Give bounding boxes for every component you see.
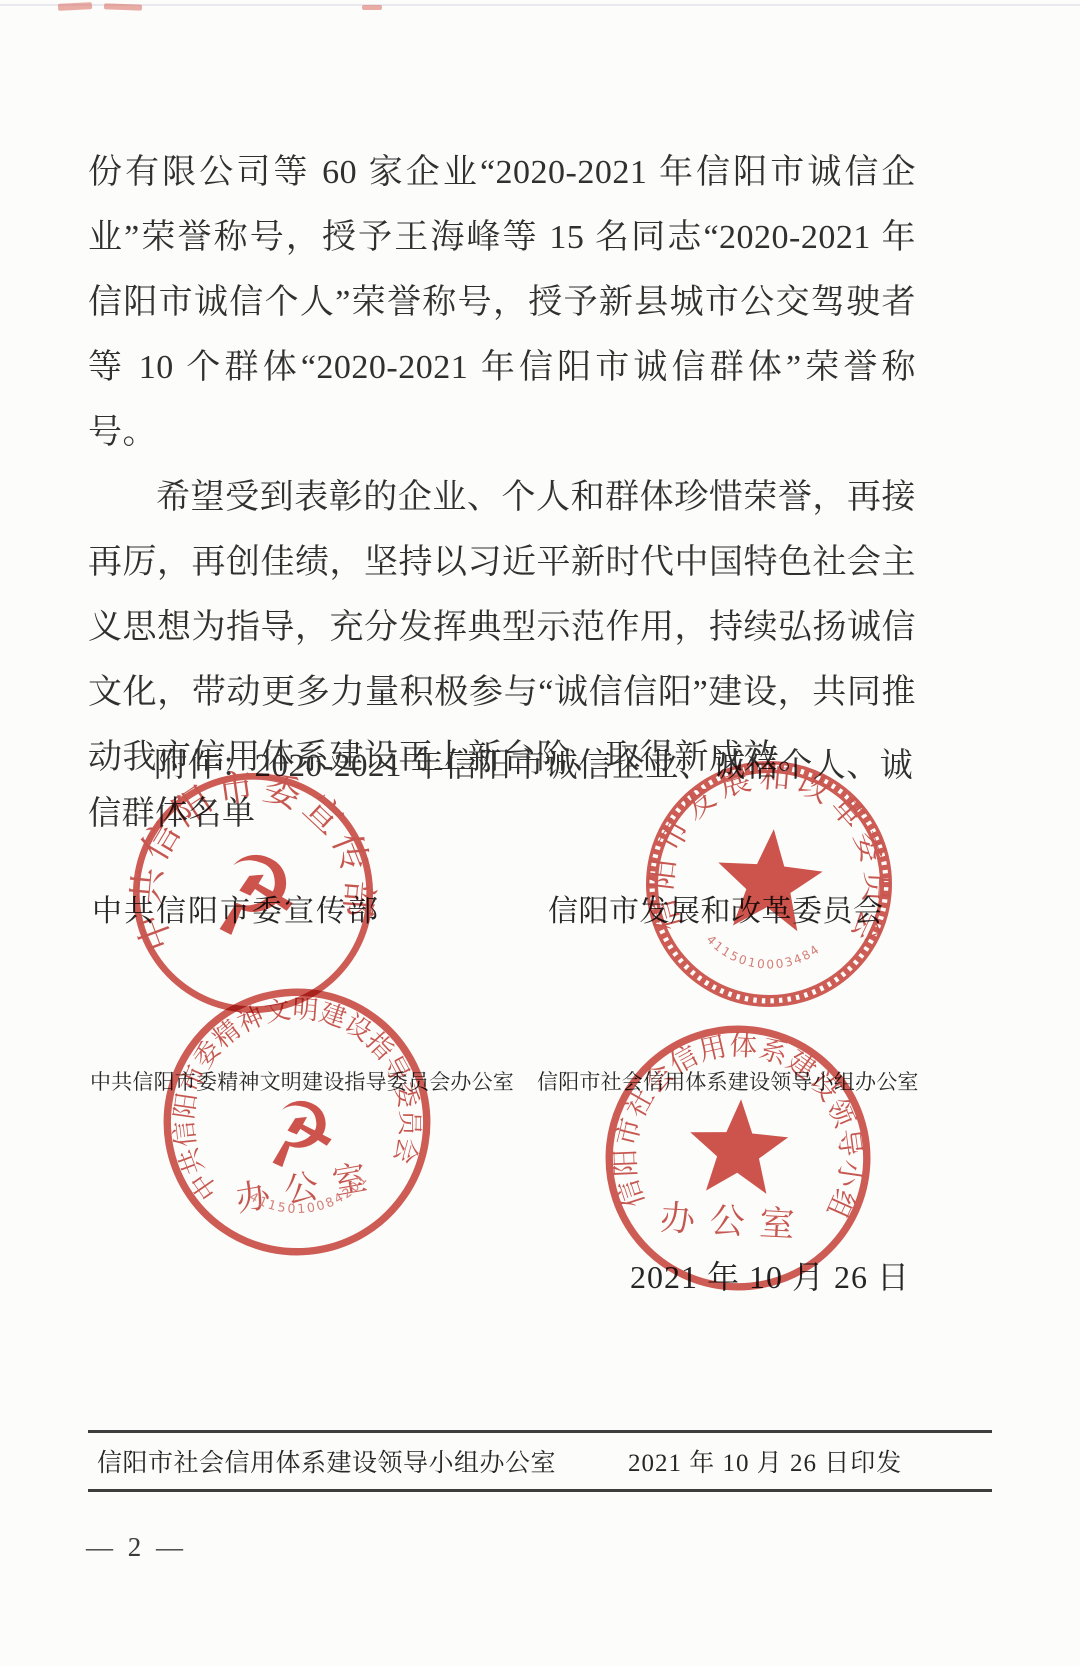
footer-print-date: 2021 年 10 月 26 日印发 [628,1443,902,1479]
seal-serial-number: 4115010003484 [702,932,824,977]
red-star-icon [687,1097,790,1195]
official-seal-civilization-office: 中共信阳市委精神文明建设指导委员会 ☭ 办公室 4115010084201 [136,961,458,1283]
body-paragraph-1: 份有限公司等 60 家企业“2020-2021 年信阳市诚信企业”荣誉称号，授予… [88,140,916,465]
red-star-icon [713,825,826,933]
scan-artifact-red-mark [362,5,382,10]
scanned-document-page: 份有限公司等 60 家企业“2020-2021 年信阳市诚信企业”荣誉称号，授予… [0,0,1080,1666]
footer-issuer: 信阳市社会信用体系建设领导小组办公室 [97,1443,556,1479]
document-body: 份有限公司等 60 家企业“2020-2021 年信阳市诚信企业”荣誉称号，授予… [88,140,916,790]
scan-artifact-red-mark [104,3,142,10]
official-seal-credit-system-office: 信阳市社会信用体系建设领导小组 办公室 [593,1013,883,1303]
scan-artifact-line [0,4,1080,6]
scan-artifact-red-mark [58,2,92,11]
footer-rule-bottom [88,1489,992,1492]
seal-graphic: 信阳市社会信用体系建设领导小组 办公室 [593,1013,883,1303]
page-number: — 2 — [86,1532,187,1563]
official-seal-development-reform-commission: 信阳市发展和改革委员会 4115010003484 [629,744,909,1024]
seal-graphic: 信阳市发展和改革委员会 4115010003484 [629,744,909,1024]
seal-inner-text: 办公室 [659,1198,810,1246]
footer-rule-top [88,1430,992,1433]
hammer-and-sickle-icon: ☭ [199,828,308,962]
seal-graphic: 中共信阳市委精神文明建设指导委员会 ☭ 办公室 4115010084201 [136,961,458,1283]
